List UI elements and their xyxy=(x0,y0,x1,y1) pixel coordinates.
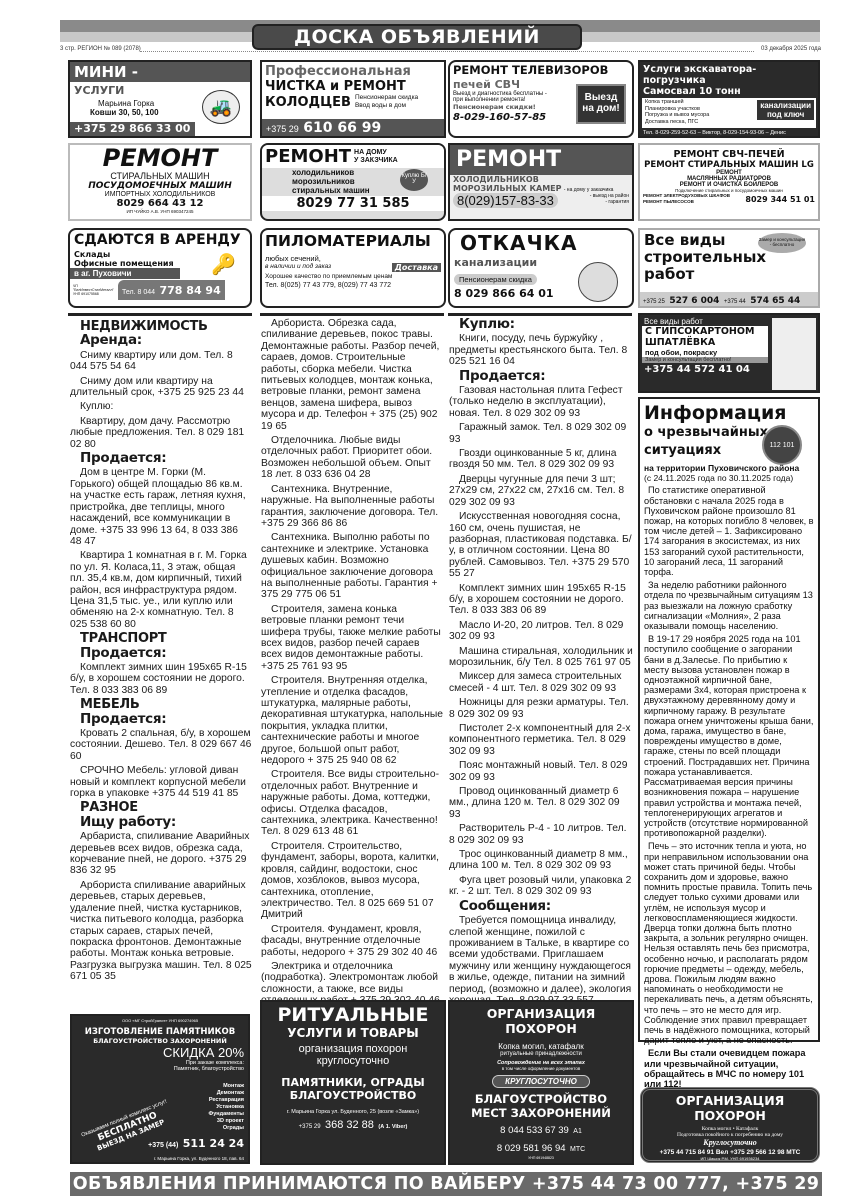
ad-phone: Тел. 8(025) 77 43 779, 8(029) 77 43 772 xyxy=(262,281,444,290)
ad-title: РЕМОНТ СВЧ-ПЕЧЕЙ xyxy=(640,149,818,160)
keys-icon: 🔑 xyxy=(211,252,236,277)
ad-title: ОРГАНИЗАЦИЯ ПОХОРОН xyxy=(450,1006,632,1036)
classified-ad: Книги, посуду, печь буржуйку , предметы … xyxy=(449,333,633,367)
classified-ad: Строителя. Строительство, фундамент, заб… xyxy=(261,841,443,921)
ad-text: ПОСУДОМОЕЧНЫХ МАШИН xyxy=(70,181,250,191)
ad-text: ритуальные принадлежности xyxy=(450,1051,632,1057)
classified-ad: Арбориста спиливание аварийных деревьев,… xyxy=(70,880,252,983)
ad-phone: 8029 664 43 12 xyxy=(70,198,250,209)
classified-ad: Требуется помощница инвалиду, слепой жен… xyxy=(449,915,633,1006)
ad-list-item: Установка xyxy=(209,1104,244,1111)
ad-phone: 8(029)157-83-33 xyxy=(453,193,558,208)
ad-badge: КРУГЛОСУТОЧНО xyxy=(492,1075,590,1088)
ad-title: РЕМОНТ ТЕЛЕВИЗОРОВ xyxy=(450,62,632,78)
mchs-emblem-icon: 112 101 xyxy=(762,425,802,465)
classified-ad: Дверцы чугунные для печи 3 шт; 27х29 см,… xyxy=(449,474,633,508)
ad-title: работ xyxy=(640,266,818,283)
ad-phone: 610 66 99 xyxy=(303,120,381,136)
info-subtitle: на территории Пуховичского района xyxy=(644,463,814,473)
classified-ad: Провод оцинкованный диаметр 6 мм., длина… xyxy=(449,786,633,820)
classified-ad: Пояс монтажный новый. Тел. 8 029 302 09 … xyxy=(449,760,633,783)
ad-list-item: Реставрация xyxy=(209,1097,244,1104)
issue-date: 03 декабря 2025 года xyxy=(761,46,821,52)
ad-phone-prefix: +375 29 xyxy=(266,124,299,134)
ad-list-item: Ограды xyxy=(209,1125,244,1132)
info-paragraph: За неделю работники районного отдела по … xyxy=(644,580,814,631)
classified-ad: Отделочника. Любые виды отделочных работ… xyxy=(261,435,443,481)
ad-phone: 778 84 94 xyxy=(160,284,221,297)
ad-text: СТИРАЛЬНЫХ МАШИН xyxy=(70,171,250,181)
ad-phone-prefix: +375 (44) xyxy=(148,1142,178,1149)
ad-phone-prefix: +375 29 xyxy=(299,1124,321,1130)
ad-text: ХОЛОДИЛЬНИКОВ xyxy=(450,175,632,184)
ad-list-item: Монтаж xyxy=(209,1083,244,1090)
ad-title: СДАЮТСЯ В АРЕНДУ xyxy=(70,230,250,250)
classified-ad: Строителя. Внутренняя отделка, утепление… xyxy=(261,675,443,766)
ad-title: РЕМОНТ СТИРАЛЬНЫХ МАШИН LG xyxy=(640,160,818,170)
classified-ad: Гвозди оцинкованные 5 кг, длина гвоздя 5… xyxy=(449,448,633,471)
ad-title: РЕМОНТ xyxy=(265,146,351,167)
ad-badge: канализации xyxy=(760,101,811,110)
ad-phone: 8029 344 51 01 xyxy=(745,195,815,204)
painter-icon xyxy=(772,318,816,390)
ad-title: БЛАГОУСТРОЙСТВО xyxy=(450,1092,632,1106)
ad-tv-repair: РЕМОНТ ТЕЛЕВИЗОРОВ печей СВЧ Выезд и диа… xyxy=(448,60,634,138)
ad-phone-prefix: +375 25 xyxy=(643,299,665,305)
section-heading: РАЗНОЕ xyxy=(80,802,252,813)
info-paragraph: По статистике оперативной обстановки с н… xyxy=(644,485,814,577)
ad-badge: Доставка xyxy=(392,263,441,272)
ad-title: РЕМОНТ xyxy=(70,145,250,171)
ad-text: Круглосуточно xyxy=(643,1138,817,1147)
ad-wells: Профессиональная ЧИСТКА и РЕМОНТ КОЛОДЦЕ… xyxy=(260,60,446,138)
ad-text: МОРОЗИЛЬНЫХ КАМЕР xyxy=(453,184,562,193)
ad-text: круглосуточно xyxy=(262,1055,444,1067)
ad-text: в наличии и под заказ xyxy=(265,263,331,272)
ad-ip: ИП Шашок Р.М. УНП 691936234 xyxy=(643,1156,817,1161)
ad-text: Памятник, благоустройство xyxy=(72,1066,248,1072)
ad-title: С ГИПСОКАРТОНОМ xyxy=(645,326,765,337)
footer-banner: ОБЪЯВЛЕНИЯ ПРИНИМАЮТСЯ ПО ВАЙБЕРУ +375 4… xyxy=(70,1172,822,1196)
ad-lumber: ПИЛОМАТЕРИАЛЫ любых сечений, в наличии и… xyxy=(260,228,446,308)
subsection-heading: Сообщения: xyxy=(459,901,633,912)
section-heading: МЕБЕЛЬ xyxy=(80,699,252,710)
classified-ad: Арбариста, спиливание Аварийных деревьев… xyxy=(70,831,252,877)
ad-mini-excavator: МИНИ - ЭКСКАВАТОР УСЛУГИ Марьина Горка К… xyxy=(68,60,252,138)
ad-title: РИТУАЛЬНЫЕ xyxy=(262,1004,444,1026)
classified-ad: Искусственная новогодняя сосна, 160 см, … xyxy=(449,511,633,579)
ad-title: ИЗГОТОВЛЕНИЕ ПАМЯТНИКОВ xyxy=(72,1027,248,1037)
ad-fridge-repair: РЕМОНТ ХОЛОДИЛЬНИКОВ МОРОЗИЛЬНЫХ КАМЕР -… xyxy=(448,143,634,221)
column-divider xyxy=(260,313,444,316)
classified-ad: Арбориста. Обрезка сада, спиливание дере… xyxy=(261,318,443,432)
ad-title: КОЛОДЦЕВ xyxy=(265,95,351,110)
classifieds-column-1: НЕДВИЖИМОСТЬ Аренда: Сниму квартиру или … xyxy=(70,318,252,986)
classified-ad: Трос оцинкованный диаметр 8 мм., длина 1… xyxy=(449,849,633,872)
classified-ad: Комплект зимних шин 195х65 R-15 б/у, в х… xyxy=(70,662,252,696)
ad-phone-prefix: +375 44 xyxy=(724,299,746,305)
ad-text: любых сечений, xyxy=(262,252,444,263)
subsection-heading: Продается: xyxy=(80,453,252,464)
dotted-divider xyxy=(140,51,754,52)
ad-operator: А1 xyxy=(573,1128,582,1135)
classified-ad: Строителя. Все виды строительно-отделочн… xyxy=(261,769,443,837)
ad-text: в том числе оформление документов xyxy=(450,1066,632,1071)
ad-phone: +375 29 866 33 00 xyxy=(70,122,195,136)
classified-ad: Пистолет 2-х компонентный для 2-х компон… xyxy=(449,723,633,757)
subsection-heading: Продается: xyxy=(80,648,252,659)
ad-text: НА ДОМУ xyxy=(354,149,387,156)
ad-title: Услуги экскаватора-погрузчика xyxy=(640,62,818,86)
ad-title: БЛАГОУСТРОЙСТВО xyxy=(262,1089,444,1102)
classified-ad: Кровать 2 спальная, б/у, в хорошем состо… xyxy=(70,728,252,762)
worker-icon xyxy=(578,262,618,302)
ad-ip: ЧП "БелИнвестСтилМеталл" УНП 691075568 xyxy=(73,284,118,296)
ad-badge: Пенсионерам скидка xyxy=(454,274,537,285)
ad-text: РЕМОНТ ЭЛЕКТРОДУХОВЫХ ШКАФОВ xyxy=(643,193,730,198)
classified-ad: Фуга цвет розовый чили, упаковка 2 кг. -… xyxy=(449,875,633,898)
ad-ip: УНП 691948823 xyxy=(450,1156,632,1160)
ad-title: УСЛУГИ И ТОВАРЫ xyxy=(262,1026,444,1040)
ad-bullet: Ввод воды в дом xyxy=(355,102,406,109)
section-heading: НЕДВИЖИМОСТЬ xyxy=(80,321,252,332)
ad-construction: Все виды строительных работ Замер и конс… xyxy=(638,228,820,308)
ad-text: Хорошее качество по приемлемым ценам xyxy=(262,272,444,281)
classified-ad: Квартиру, дом дачу. Рассмотрю любые пред… xyxy=(70,416,252,450)
classified-ad: Сантехника. Внутренние, наружные. На вып… xyxy=(261,484,443,530)
info-dates: (с 24.11.2025 года по 30.11.2025 года) xyxy=(644,473,814,483)
classified-ad: Машина стиральная, холодильник и морозил… xyxy=(449,646,633,669)
classified-ad: Газовая настольная плита Гефест (только … xyxy=(449,385,633,419)
ad-list-item: 3D проект xyxy=(209,1118,244,1125)
ad-phone-prefix: Тел. 8 044 xyxy=(122,289,155,296)
ad-text: ИМПОРТНЫХ ХОЛОДИЛЬНИКОВ xyxy=(70,191,250,198)
ad-list-item: Фундаменты xyxy=(209,1111,244,1118)
classified-ad: СРОЧНО Мебель: угловой диван новый и ком… xyxy=(70,765,252,799)
subsection-heading: Куплю: xyxy=(459,319,633,330)
ad-title: ОРГАНИЗАЦИЯ ПОХОРОН xyxy=(643,1093,817,1123)
ad-ritual-services: РИТУАЛЬНЫЕ УСЛУГИ И ТОВАРЫ организация п… xyxy=(260,1000,446,1165)
ad-title: МИНИ - ЭКСКАВАТОР xyxy=(70,62,250,82)
classified-ad: Масло И-20, 20 литров. Тел. 8 029 302 09… xyxy=(449,620,633,643)
classified-ad: Ножницы для резки арматуры. Тел. 8 029 3… xyxy=(449,697,633,720)
subsection-heading: Ищу работу: xyxy=(80,817,252,828)
classified-ad: Строителя. Фундамент, кровля, фасады, вн… xyxy=(261,924,443,958)
ad-title: ПАМЯТНИКИ, ОГРАДЫ xyxy=(262,1076,444,1089)
ad-text: У ЗАКЗЧИКА xyxy=(354,157,398,164)
ad-phone: 527 6 004 xyxy=(669,296,719,306)
ad-discount: СКИДКА 20% xyxy=(72,1045,248,1060)
classified-ad: Сниму квартиру или дом. Тел. 8 044 575 5… xyxy=(70,350,252,373)
issue-info: 3 стр. РЕГИОН № 089 (2078) xyxy=(60,46,141,52)
ad-title: ПИЛОМАТЕРИАЛЫ xyxy=(262,230,444,252)
ad-operator: МТС xyxy=(570,1146,585,1153)
ad-ip: ИП ЧУЙКО А.В. УНП 690347245 xyxy=(70,209,250,214)
ad-ip: ООО «МГ СтройГранит» УНП 690274965 xyxy=(72,1016,248,1023)
ad-funeral-org-1: ОРГАНИЗАЦИЯ ПОХОРОН Копка могил, катафал… xyxy=(448,1000,634,1165)
ad-title: МЕСТ ЗАХОРОНЕНИЙ xyxy=(450,1106,632,1120)
ad-text: под обои, покраску xyxy=(645,348,765,357)
subsection-heading: Продается: xyxy=(80,714,252,725)
section-heading: ТРАНСПОРТ xyxy=(80,633,252,644)
classified-ad: Комплект зимних шин 195х65 R-15 б/у, в х… xyxy=(449,583,633,617)
classified-ad: Квартира 1 комнатная в г. М. Горка по ул… xyxy=(70,550,252,630)
classified-ad: Строителя, замена конька ветровые планки… xyxy=(261,604,443,672)
classifieds-column-2: Арбориста. Обрезка сада, спиливание дере… xyxy=(261,318,443,1047)
ad-phone: +375 44 715 84 91 Вел +375 29 566 12 98 … xyxy=(643,1149,817,1156)
classified-ad: Куплю: xyxy=(70,401,252,412)
ad-phone: 8 044 533 67 39 xyxy=(500,1125,569,1136)
ad-washer-repair: РЕМОНТ СТИРАЛЬНЫХ МАШИН ПОСУДОМОЕЧНЫХ МА… xyxy=(68,143,252,221)
classifieds-column-3: Куплю: Книги, посуду, печь буржуйку , пр… xyxy=(449,316,633,1009)
ad-drywall: Все виды работ С ГИПСОКАРТОНОМ ШПАТЛЁВКА… xyxy=(638,313,820,393)
ad-badge: Выезд на дом! xyxy=(576,84,626,124)
ad-text: организация похорон xyxy=(262,1043,444,1055)
ad-address: г. Марьина Горка, ул. Буденного 18, пав.… xyxy=(154,1156,244,1161)
classified-ad: Растворитель Р-4 - 10 литров. Тел. 8 029… xyxy=(449,823,633,846)
ad-badge: Куплю Б/У xyxy=(400,169,428,191)
ad-bullet: Пенсионерам скидка xyxy=(355,94,418,101)
ad-phone: 8029 77 31 585 xyxy=(262,196,444,211)
ad-phone: 574 65 44 xyxy=(750,296,800,306)
ad-title: ШПАТЛЁВКА xyxy=(645,337,765,348)
ad-badge: Замер и консультация - бесплатно xyxy=(758,233,806,253)
ad-warehouse-rent: СДАЮТСЯ В АРЕНДУ Склады Офисные помещени… xyxy=(68,228,252,308)
ad-excavator-loader: Услуги экскаватора-погрузчика Самосвал 1… xyxy=(638,60,820,138)
info-paragraph: В 19-17 29 ноября 2025 года на 101 посту… xyxy=(644,634,814,838)
ad-title: ОТКАЧКА xyxy=(450,230,632,256)
ad-text: в аг. Пуховичи xyxy=(70,268,180,279)
classified-ad: Гаражный замок. Тел. 8 029 302 09 93 xyxy=(449,422,633,445)
page-title: ДОСКА ОБЪЯВЛЕНИЙ xyxy=(252,24,582,50)
info-title: Информация xyxy=(644,402,814,424)
ad-phone: Тел. 8-029-259-52-63 – Виктор, 8-029-154… xyxy=(640,129,818,137)
ad-phone-note: (А 1. Viber) xyxy=(378,1124,407,1130)
subsection-heading: Продается: xyxy=(459,371,633,382)
classified-ad: Сантехника. Выполню работы по сантехнике… xyxy=(261,532,443,600)
ad-sewage-pumping: ОТКАЧКА канализации Пенсионерам скидка 8… xyxy=(448,228,634,308)
ad-fridge-home-repair: РЕМОНТ НА ДОМУ У ЗАКЗЧИКА холодильников … xyxy=(260,143,446,221)
ad-title: Профессиональная xyxy=(262,62,444,79)
ad-phone: 511 24 24 xyxy=(183,1137,244,1150)
ad-text: РЕМОНТ ПЫЛЕСОСОВ xyxy=(643,199,694,204)
ad-text: Копка могил, катафалк xyxy=(450,1042,632,1051)
ad-monuments: ООО «МГ СтройГранит» УНП 690274965 ИЗГОТ… xyxy=(70,1014,250,1164)
ad-badge: под ключ xyxy=(767,110,804,119)
excavator-icon: 🚜 xyxy=(202,90,240,124)
ad-title: БЛАГОУСТРОЙСТВО ЗАХОРОНЕНИЙ xyxy=(72,1037,248,1045)
ad-title: РЕМОНТ xyxy=(450,145,632,175)
ad-title: ЧИСТКА и РЕМОНТ xyxy=(262,79,444,94)
ad-list-item: Демонтаж xyxy=(209,1090,244,1097)
ad-microwave-lg-repair: РЕМОНТ СВЧ-ПЕЧЕЙ РЕМОНТ СТИРАЛЬНЫХ МАШИН… xyxy=(638,143,820,221)
info-paragraph: Печь – это источник тепла и уюта, но при… xyxy=(644,841,814,1045)
classified-ad: Сниму дом или квартиру на длительный сро… xyxy=(70,376,252,399)
ad-phone: 368 32 88 xyxy=(325,1119,374,1131)
emergency-info-box: Информация о чрезвычайных ситуациях 112 … xyxy=(638,397,820,1042)
subsection-heading: Аренда: xyxy=(80,335,252,346)
classified-ad: Миксер для замеса строительных смесей - … xyxy=(449,671,633,694)
ad-funeral-org-2: ОРГАНИЗАЦИЯ ПОХОРОН Копка могил • Катафа… xyxy=(640,1087,820,1163)
classified-ad: Дом в центре М. Горки (М. Горького) обще… xyxy=(70,467,252,547)
ad-title: Самосвал 10 тонн xyxy=(640,86,818,97)
info-call-to-action: Если Вы стали очевидцем пожара или чрезв… xyxy=(644,1048,814,1089)
ad-phone: 8 029 581 96 94 xyxy=(497,1143,566,1154)
column-divider xyxy=(68,313,252,316)
ad-text: - гарантия xyxy=(605,199,629,205)
